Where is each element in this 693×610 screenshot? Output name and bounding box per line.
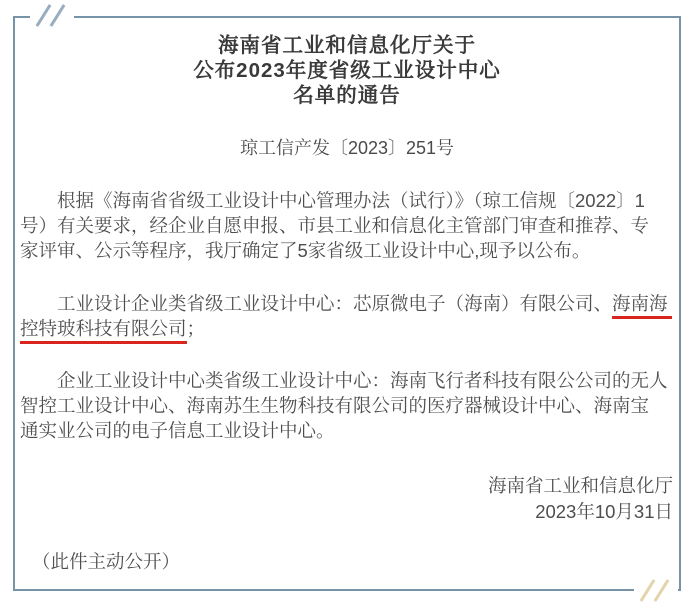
paragraph-line: 号）有关要求，经企业自愿申报、市县工业和信息化主管部门审查和推荐、专 <box>20 213 680 238</box>
double-slash-top-left-icon <box>30 2 74 29</box>
title-line-3: 名单的通告 <box>13 83 681 108</box>
disclosure-note: （此件主动公开） <box>32 549 180 574</box>
title-line-1: 海南省工业和信息化厅关于 <box>13 33 681 58</box>
paragraph-line: 家评审、公示等程序，我厅确定了5家省级工业设计中心,现予以公布。 <box>20 238 680 263</box>
paragraph-center-class-list: 企业工业设计中心类省级工业设计中心：海南飞行者科技有限公公司的无人 智控工业设计… <box>20 368 680 443</box>
double-slash-bottom-right-icon <box>634 577 678 604</box>
document-number: 琼工信产发〔2023〕251号 <box>13 136 681 161</box>
slash-mark <box>50 4 66 27</box>
signature-agency: 海南省工业和信息化厅 <box>488 473 673 499</box>
highlighted-company-name: 控特玻科技有限公司 <box>20 318 187 344</box>
signature-block: 海南省工业和信息化厅 2023年10月31日 <box>488 473 673 525</box>
notice-title: 海南省工业和信息化厅关于 公布2023年度省级工业设计中心 名单的通告 <box>13 33 681 108</box>
slash-mark <box>654 579 670 602</box>
signature-date: 2023年10月31日 <box>488 499 673 525</box>
title-line-2: 公布2023年度省级工业设计中心 <box>13 58 681 83</box>
paragraph-line: 通实业公司的电子信息工业设计中心。 <box>20 418 680 443</box>
paragraph-line: 控特玻科技有限公司； <box>20 316 680 341</box>
notice-document: 海南省工业和信息化厅关于 公布2023年度省级工业设计中心 名单的通告 琼工信产… <box>0 0 693 610</box>
paragraph-line: 根据《海南省省级工业设计中心管理办法（试行）》（琼工信规〔2022〕1 <box>20 188 680 213</box>
paragraph-basis: 根据《海南省省级工业设计中心管理办法（试行）》（琼工信规〔2022〕1 号）有关… <box>20 188 680 263</box>
slash-mark <box>640 579 656 602</box>
slash-mark <box>36 4 52 27</box>
paragraph-text: 工业设计企业类省级工业设计中心：芯原微电子（海南）有限公司、 <box>57 293 612 314</box>
paragraph-line: 智控工业设计中心、海南苏生生物科技有限公司的医疗器械设计中心、海南宝 <box>20 393 680 418</box>
paragraph-line: 工业设计企业类省级工业设计中心：芯原微电子（海南）有限公司、海南海 <box>20 291 680 316</box>
paragraph-enterprise-class-list: 工业设计企业类省级工业设计中心：芯原微电子（海南）有限公司、海南海 控特玻科技有… <box>20 291 680 341</box>
paragraph-line: 企业工业设计中心类省级工业设计中心：海南飞行者科技有限公公司的无人 <box>20 368 680 393</box>
highlighted-company-name: 海南海 <box>612 293 672 319</box>
paragraph-text: ； <box>187 318 206 339</box>
